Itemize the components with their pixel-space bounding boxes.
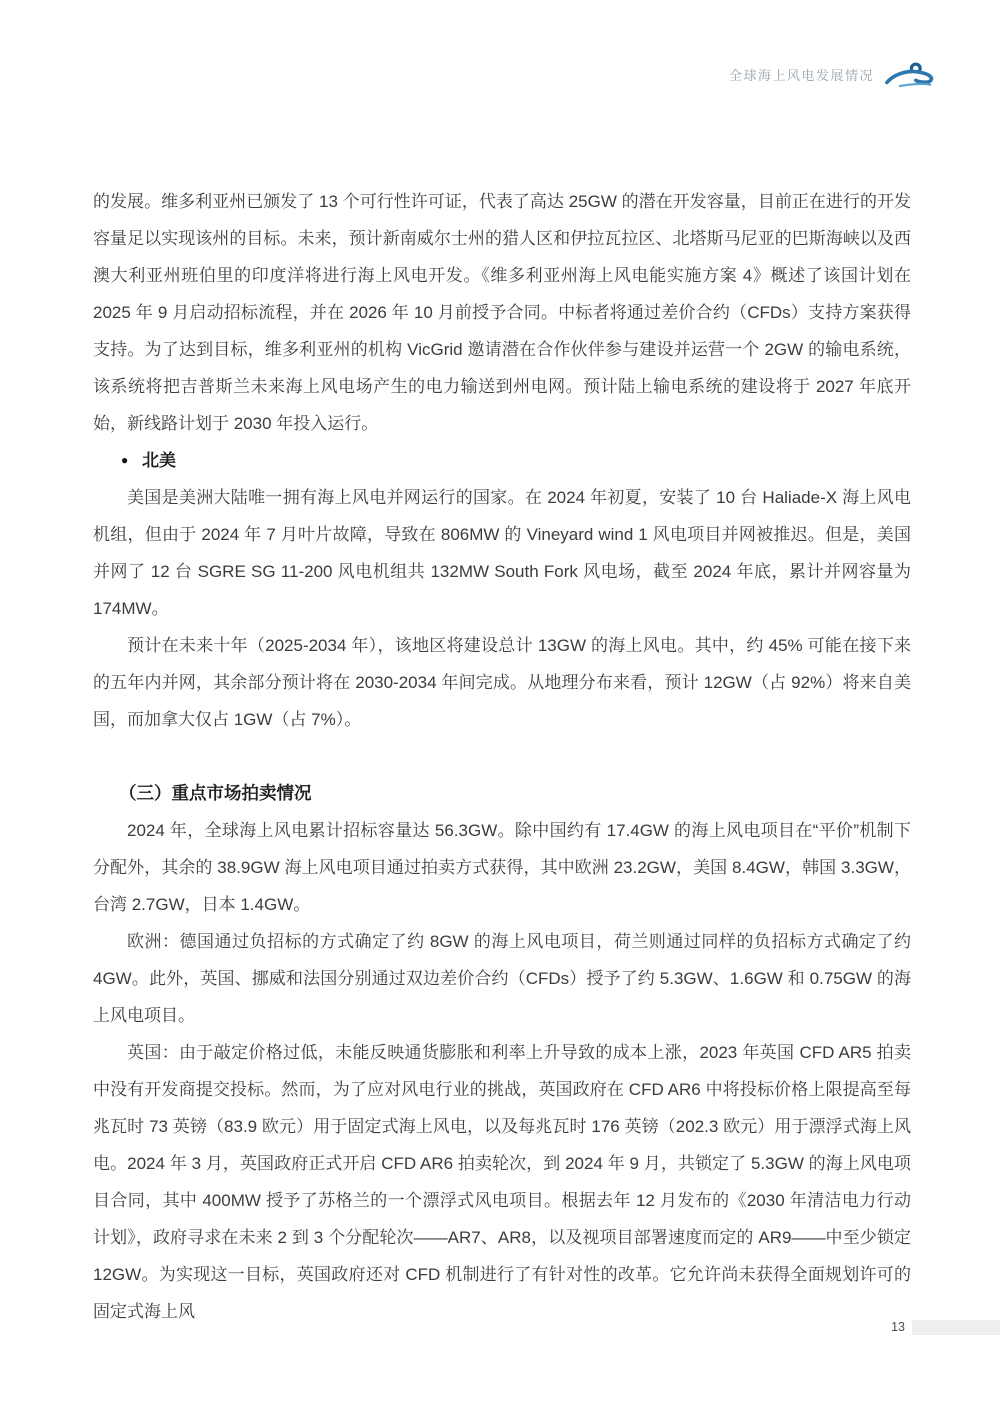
paragraph-uk-cfd-auctions: 英国：由于敲定价格过低，未能反映通货膨胀和利率上升导致的成本上涨，2023 年英…	[93, 1034, 911, 1330]
paragraph-north-america-forecast: 预计在未来十年（2025-2034 年），该地区将建设总计 13GW 的海上风电…	[93, 627, 911, 738]
bullet-icon: ●	[121, 453, 128, 467]
section-heading-key-market-auctions: （三）重点市场拍卖情况	[93, 775, 911, 812]
paragraph-europe-auctions: 欧洲：德国通过负招标的方式确定了约 8GW 的海上风电项目，荷兰则通过同样的负招…	[93, 923, 911, 1034]
heading-north-america: ● 北美	[93, 442, 911, 479]
paragraph-us-grid-connection: 美国是美洲大陆唯一拥有海上风电并网运行的国家。在 2024 年初夏，安装了 10…	[93, 479, 911, 627]
page-content: 的发展。维多利亚州已颁发了 13 个可行性许可证，代表了高达 25GW 的潜在开…	[93, 183, 911, 1330]
header-title: 全球海上风电发展情况	[729, 59, 874, 93]
wind-wave-icon	[884, 58, 936, 94]
page-number: 13	[891, 1320, 905, 1335]
footer-bar	[912, 1320, 1000, 1335]
paragraph-australia-continued: 的发展。维多利亚州已颁发了 13 个可行性许可证，代表了高达 25GW 的潜在开…	[93, 183, 911, 442]
document-page: 全球海上风电发展情况 的发展。维多利亚州已颁发了 13 个可行性许可证，代表了高…	[0, 0, 1000, 1414]
heading-north-america-label: 北美	[142, 451, 176, 470]
page-header: 全球海上风电发展情况	[729, 58, 936, 94]
paragraph-global-auction-volume: 2024 年，全球海上风电累计招标容量达 56.3GW。除中国约有 17.4GW…	[93, 812, 911, 923]
